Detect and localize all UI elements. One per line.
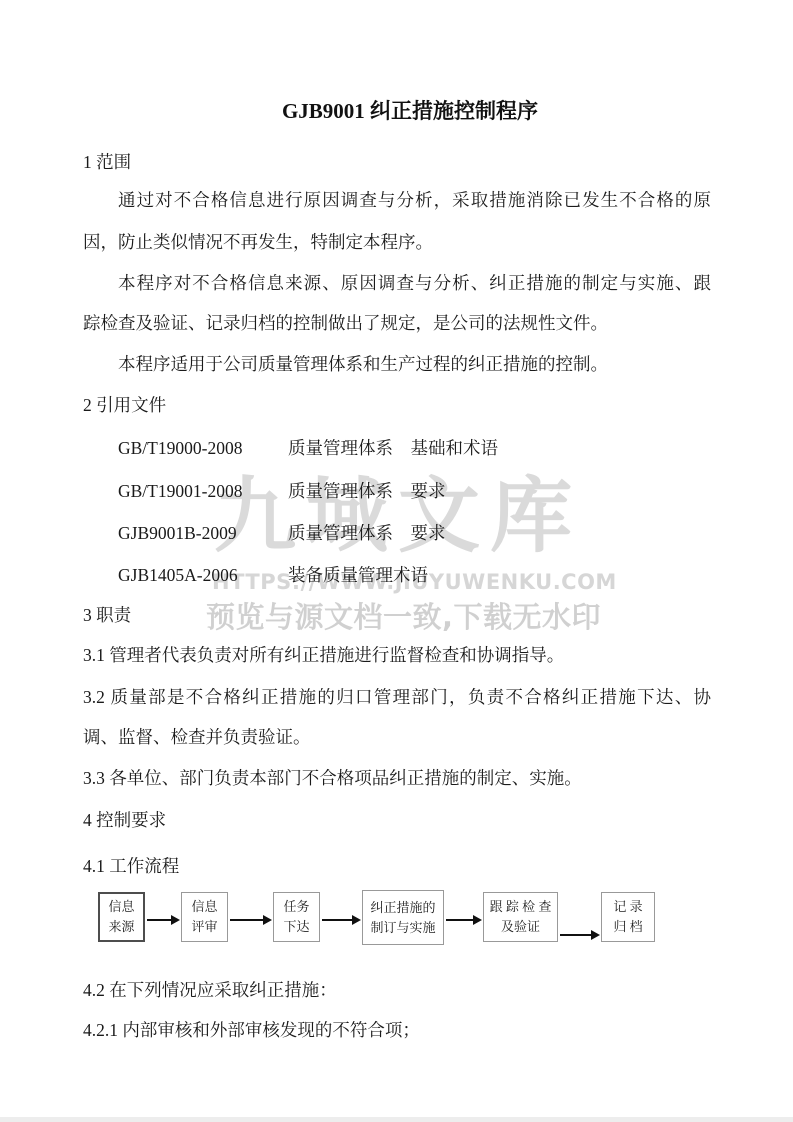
body-line: 4.2 在下列情况应采取纠正措施： xyxy=(83,978,711,1002)
reference-item: GB/T19001-2008质量管理体系 要求 xyxy=(83,479,711,503)
reference-code: GB/T19001-2008 xyxy=(118,479,288,503)
flow-step-label: 纠正措施的 xyxy=(370,898,435,918)
flow-arrow-icon xyxy=(560,934,592,936)
flow-step-label: 下达 xyxy=(283,917,309,937)
flow-step-label: 任务 xyxy=(283,897,309,917)
reference-item: GJB9001B-2009质量管理体系 要求 xyxy=(83,521,711,545)
flow-step-label: 制订与实施 xyxy=(370,918,435,938)
flow-step-label: 信息 xyxy=(108,897,134,917)
document-page: 九域文库 HTTPS://WWW.JIUYUWENKU.COM 预览与源文档一致… xyxy=(0,0,793,1122)
body-line: 3.3 各单位、部门负责本部门不合格项品纠正措施的制定、实施。 xyxy=(83,766,711,790)
body-line: 3.2 质量部是不合格纠正措施的归口管理部门，负责不合格纠正措施下达、协 xyxy=(83,685,711,709)
body-line: 3.1 管理者代表负责对所有纠正措施进行监督检查和协调指导。 xyxy=(83,643,711,667)
reference-code: GB/T19000-2008 xyxy=(118,436,288,460)
section-heading: 4 控制要求 xyxy=(83,808,711,832)
flow-step-label: 跟 踪 检 查 xyxy=(490,897,552,917)
body-line: 本程序适用于公司质量管理体系和生产过程的纠正措施的控制。 xyxy=(83,352,711,376)
section-heading: 4.1 工作流程 xyxy=(83,854,711,878)
reference-code: GJB9001B-2009 xyxy=(118,521,288,545)
reference-title: 装备质量管理术语 xyxy=(288,565,428,585)
flow-step-label: 评审 xyxy=(191,917,217,937)
section-heading: 1 范围 xyxy=(83,150,711,174)
flow-step: 跟 踪 检 查及验证 xyxy=(483,892,558,942)
flow-step: 信息来源 xyxy=(98,892,145,942)
reference-item: GB/T19000-2008质量管理体系 基础和术语 xyxy=(83,436,711,460)
flow-step-label: 及验证 xyxy=(501,917,540,937)
flow-arrow-icon xyxy=(230,919,264,921)
body-line: 4.2.1 内部审核和外部审核发现的不符合项； xyxy=(83,1018,711,1042)
flow-step: 纠正措施的制订与实施 xyxy=(362,890,444,945)
flow-step-label: 记 录 xyxy=(613,897,642,917)
flow-step: 信息评审 xyxy=(181,892,228,942)
flow-arrow-icon xyxy=(446,919,474,921)
flow-step: 任务下达 xyxy=(273,892,320,942)
flow-step-label: 来源 xyxy=(108,917,134,937)
flow-step-label: 信息 xyxy=(191,897,217,917)
reference-item: GJB1405A-2006装备质量管理术语 xyxy=(83,563,711,587)
document-title: GJB9001 纠正措施控制程序 xyxy=(83,96,711,126)
flow-step-label: 归 档 xyxy=(613,917,642,937)
body-line: 踪检查及验证、记录归档的控制做出了规定，是公司的法规性文件。 xyxy=(83,311,711,335)
section-heading: 2 引用文件 xyxy=(83,393,711,417)
reference-title: 质量管理体系 要求 xyxy=(288,523,446,543)
body-line: 调、监督、检查并负责验证。 xyxy=(83,725,711,749)
reference-title: 质量管理体系 基础和术语 xyxy=(288,438,498,458)
flow-arrow-icon xyxy=(322,919,353,921)
flow-arrow-icon xyxy=(147,919,172,921)
flow-step: 记 录归 档 xyxy=(601,892,655,942)
reference-title: 质量管理体系 要求 xyxy=(288,481,446,501)
section-heading: 3 职责 xyxy=(83,603,711,627)
reference-code: GJB1405A-2006 xyxy=(118,563,288,587)
body-line: 本程序对不合格信息来源、原因调查与分析、纠正措施的制定与实施、跟 xyxy=(83,271,711,295)
body-line: 通过对不合格信息进行原因调查与分析，采取措施消除已发生不合格的原 xyxy=(83,188,711,212)
page-bottom-edge xyxy=(0,1117,793,1122)
body-line: 因，防止类似情况不再发生，特制定本程序。 xyxy=(83,230,711,254)
